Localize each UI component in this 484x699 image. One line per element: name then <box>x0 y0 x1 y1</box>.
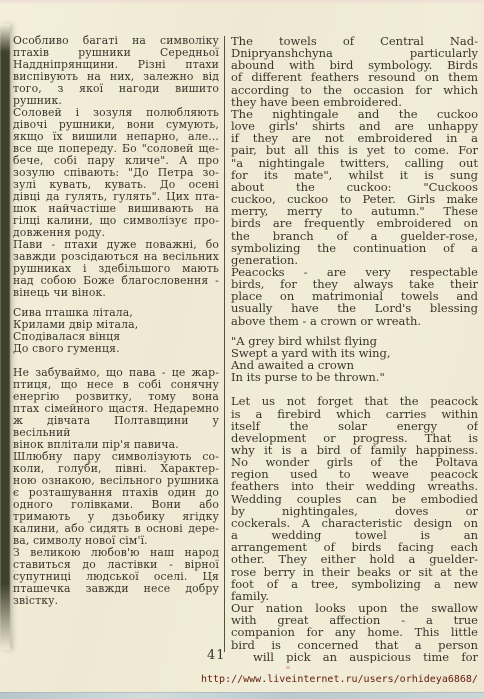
watermark-url: http://www.liveinternet.ru/users/orhidey… <box>201 674 478 685</box>
text-line: bird is concerned that a person <box>231 639 478 651</box>
left-column-ukrainian: Особливо багаті на символікуптахів рушни… <box>13 35 219 607</box>
text-line: "a nightingale twitters, calling out <box>231 157 478 169</box>
text-line: the branch of a guelder-rose, <box>231 230 478 242</box>
text-line: companion for any home. This little <box>231 626 478 638</box>
text-line: will pick an auspicious time for <box>231 651 478 663</box>
paragraph-block: The nightingale and the cuckoolove girls… <box>231 108 478 266</box>
text-line: Wedding couples can be embodied <box>231 493 478 505</box>
text-line: rose berry in their beaks or sit at the <box>231 566 478 578</box>
paragraph-block: Peacocks - are very respectablebirds, fo… <box>231 266 478 327</box>
column-divider <box>224 36 225 652</box>
text-line: звістку. <box>13 595 219 607</box>
paragraph-block: Пави - птахи дуже поважні, бозавжди розс… <box>13 239 219 299</box>
text-line: Let us not forget that the peacock <box>231 395 478 407</box>
text-line: above them - a crown or wreath. <box>231 315 478 327</box>
paragraph-block: Не забуваймо, що пава - це жар-птиця, що… <box>13 367 219 451</box>
text-line: symbolizing the continuation of a <box>231 242 478 254</box>
paragraph-block: Our nation looks upon the swallowwith gr… <box>231 602 478 663</box>
text-line: other. They either hold a guelder- <box>231 553 478 565</box>
scan-artifact-dot <box>286 666 290 669</box>
right-column-english: The towels of Central Nad-Dnipryanshchyn… <box>231 35 478 663</box>
text-line: ж дівчата Полтавщини у весільний <box>13 415 219 439</box>
text-line: birds are frequently embroidered on <box>231 217 478 229</box>
page-top-edge <box>0 0 484 4</box>
text-line: До свого гуменця. <box>13 343 219 355</box>
book-gutter-shadow <box>0 24 10 650</box>
text-line: вінець чи вінок. <box>13 287 219 299</box>
text-line: of different feathers resound on them <box>231 71 478 83</box>
text-line: pair, but all this is yet to come. For <box>231 144 478 156</box>
poem-block: Сива пташка літала,Крилами двір мітала,С… <box>13 307 219 355</box>
poem-block: "A grey bird whilst flyingSwept a yard w… <box>231 335 478 384</box>
text-line: according to the occasion for which <box>231 84 478 96</box>
paragraph-block: Особливо багаті на символікуптахів рушни… <box>13 35 219 107</box>
text-line: usually have the Lord's blessing <box>231 302 478 314</box>
text-line: feathers into their wedding wreaths. <box>231 480 478 492</box>
text-line: is a firebird which carries within <box>231 408 478 420</box>
page-right-edge <box>478 0 484 699</box>
paragraph-block: Let us not forget that the peacockis a f… <box>231 395 478 602</box>
paragraph-block: З великою любов'ю наш народставиться до … <box>13 547 219 607</box>
scanned-page: Особливо багаті на символікуптахів рушни… <box>0 0 484 699</box>
scan-bottom-edge <box>0 692 484 699</box>
paragraph-block: Шлюбну пару символізують со-коли, голуби… <box>13 451 219 547</box>
text-line: In its purse to be thrown." <box>231 371 478 383</box>
paragraph-block: The towels of Central Nad-Dnipryanshchyn… <box>231 35 478 108</box>
page-number: 41 <box>207 648 247 663</box>
paragraph-block: Соловей і зозуля полюбляютьдівочі рушник… <box>13 107 219 239</box>
